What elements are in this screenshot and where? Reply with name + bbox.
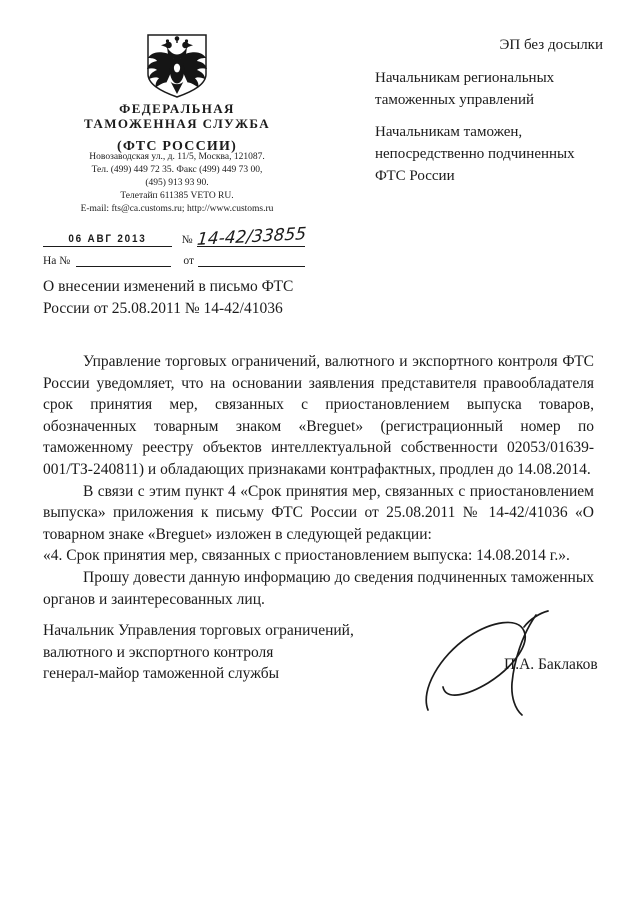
number-label: №	[182, 234, 193, 246]
letter-page: ФЕДЕРАЛЬНАЯ ТАМОЖЕННАЯ СЛУЖБА (ФТС РОССИ…	[0, 0, 640, 905]
date-stamp-field: 06 АВГ 2013	[43, 233, 172, 247]
reply-date-blank	[198, 254, 305, 267]
letter-body: Управление торговых ограничений, валютно…	[43, 351, 594, 610]
outgoing-number-field: 14-42/33855	[197, 224, 305, 247]
org-name-line2: ТАМОЖЕННАЯ СЛУЖБА	[43, 116, 311, 131]
body-paragraph-2: В связи с этим пункт 4 «Срок принятия ме…	[43, 481, 594, 546]
reply-number-label: На №	[43, 255, 70, 267]
addressee-line: ФТС России	[375, 165, 615, 187]
addressee-line: непосредственно подчиненных	[375, 143, 615, 165]
date-number-row: 06 АВГ 2013 № 14-42/33855	[43, 224, 305, 247]
subject-line1: О внесении изменений в письмо ФТС	[43, 276, 343, 298]
contact-teletype: Телетайп 611385 VETO RU.	[33, 190, 321, 203]
addressee-line: таможенных управлений	[375, 89, 615, 111]
signer-position-line3: генерал-майор таможенной службы	[43, 663, 373, 685]
body-paragraph-4: Прошу довести данную информацию до сведе…	[43, 567, 594, 610]
signer-position-line1: Начальник Управления торговых ограничени…	[43, 620, 373, 642]
reply-reference-row: На № от	[43, 254, 305, 267]
signer-position-line2: валютного и экспортного контроля	[43, 642, 373, 664]
reply-from-label: от	[183, 255, 194, 267]
signer-position-block: Начальник Управления торговых ограничени…	[43, 620, 373, 685]
routing-note: ЭП без досылки	[375, 37, 603, 54]
addressee-line: Начальникам таможен,	[375, 121, 615, 143]
date-stamp: 06 АВГ 2013	[68, 233, 146, 245]
org-name-block: ФЕДЕРАЛЬНАЯ ТАМОЖЕННАЯ СЛУЖБА (ФТС РОССИ…	[43, 101, 311, 155]
addressee-customs: Начальникам таможен, непосредственно под…	[375, 121, 615, 187]
reply-number-blank	[76, 254, 171, 267]
contact-phone-fax: Тел. (499) 449 72 35. Факс (499) 449 73 …	[33, 164, 321, 177]
outgoing-number-handwritten: 14-42/33855	[196, 224, 306, 250]
contact-block: Новозаводская ул., д. 11/5, Москва, 1210…	[33, 151, 321, 216]
contact-address: Новозаводская ул., д. 11/5, Москва, 1210…	[33, 151, 321, 164]
signer-name: П.А. Баклаков	[504, 656, 598, 674]
contact-email-web: E-mail: fts@ca.customs.ru; http://www.cu…	[33, 203, 321, 216]
body-paragraph-1: Управление торговых ограничений, валютно…	[43, 351, 594, 481]
coat-of-arms-icon	[144, 32, 210, 100]
contact-phone2: (495) 913 93 90.	[33, 177, 321, 190]
subject-block: О внесении изменений в письмо ФТС России…	[43, 276, 343, 320]
addressee-regional: Начальникам региональных таможенных упра…	[375, 67, 615, 111]
reference-block: 06 АВГ 2013 № 14-42/33855 На № от	[43, 224, 305, 267]
body-paragraph-3: «4. Срок принятия мер, связанных с приос…	[43, 545, 594, 567]
addressee-line: Начальникам региональных	[375, 67, 615, 89]
subject-line2: России от 25.08.2011 № 14-42/41036	[43, 298, 343, 320]
org-name-line1: ФЕДЕРАЛЬНАЯ	[43, 101, 311, 116]
